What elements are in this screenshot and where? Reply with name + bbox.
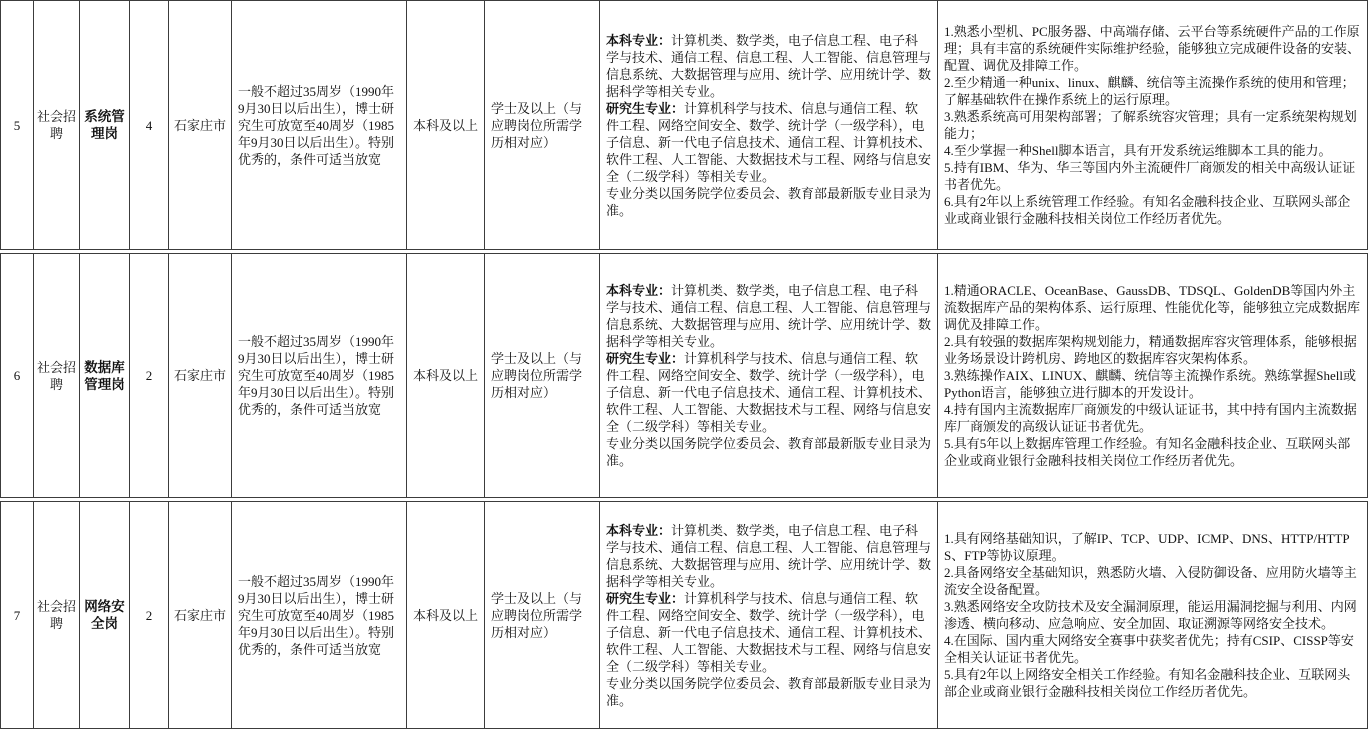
cell-position: 数据库管理岗 bbox=[79, 254, 129, 497]
location-label: 石家庄市 bbox=[174, 607, 226, 624]
cell-category: 社会招聘 bbox=[33, 1, 79, 249]
requirement-item: 5.具有5年以上数据库管理工作经验。有知名金融科技企业、互联网头部企业或商业银行… bbox=[944, 435, 1361, 469]
cell-seq: 7 bbox=[1, 502, 33, 728]
seq-number: 7 bbox=[14, 607, 21, 624]
requirement-item: 6.具有2年以上系统管理工作经验。有知名金融科技企业、互联网头部企业或商业银行金… bbox=[944, 193, 1361, 227]
seq-number: 5 bbox=[14, 117, 21, 134]
category-label: 社会招聘 bbox=[34, 108, 79, 142]
cell-majors: 本科专业：计算机类、数学类，电子信息工程、电子科学与技术、通信工程、信息工程、人… bbox=[599, 502, 937, 728]
cell-location: 石家庄市 bbox=[168, 1, 231, 249]
cell-count: 4 bbox=[129, 1, 168, 249]
requirement-item: 1.具有网络基础知识，了解IP、TCP、UDP、ICMP、DNS、HTTP/HT… bbox=[944, 530, 1361, 564]
education-label: 本科及以上 bbox=[413, 607, 478, 624]
requirement-item: 5.具有2年以上网络安全相关工作经验。有知名金融科技企业、互联网头部企业或商业银… bbox=[944, 666, 1361, 700]
table-row: 6 社会招聘 数据库管理岗 2 石家庄市 一般不超过35周岁（1990年9月30… bbox=[0, 253, 1368, 498]
cell-seq: 5 bbox=[1, 1, 33, 249]
majors-note: 专业分类以国务院学位委员会、教育部最新版专业目录为准。 bbox=[606, 675, 931, 709]
education-label: 本科及以上 bbox=[413, 367, 478, 384]
cell-requirements: 1.具有网络基础知识，了解IP、TCP、UDP、ICMP、DNS、HTTP/HT… bbox=[937, 502, 1367, 728]
majors-graduate-label: 研究生专业： bbox=[606, 101, 684, 116]
majors-graduate-label: 研究生专业： bbox=[606, 351, 684, 366]
cell-requirements: 1.精通ORACLE、OceanBase、GaussDB、TDSQL、Golde… bbox=[937, 254, 1367, 497]
majors-undergrad-label: 本科专业： bbox=[606, 283, 671, 298]
majors-undergrad-label: 本科专业： bbox=[606, 523, 671, 538]
count-value: 2 bbox=[146, 367, 153, 384]
cell-position: 网络安全岗 bbox=[79, 502, 129, 728]
cell-degree: 学士及以上（与应聘岗位所需学历相对应） bbox=[484, 254, 599, 497]
cell-position: 系统管理岗 bbox=[79, 1, 129, 249]
requirement-item: 5.持有IBM、华为、华三等国内外主流硬件厂商颁发的相关中高级认证证书者优先。 bbox=[944, 159, 1361, 193]
degree-label: 学士及以上（与应聘岗位所需学历相对应） bbox=[491, 350, 593, 401]
table-row: 5 社会招聘 系统管理岗 4 石家庄市 一般不超过35周岁（1990年9月30日… bbox=[0, 0, 1368, 250]
majors-undergrad: 本科专业：计算机类、数学类，电子信息工程、电子科学与技术、通信工程、信息工程、人… bbox=[606, 522, 931, 590]
requirement-item: 1.熟悉小型机、PC服务器、中高端存储、云平台等系统硬件产品的工作原理；具有丰富… bbox=[944, 23, 1361, 74]
cell-education: 本科及以上 bbox=[406, 502, 484, 728]
majors-note: 专业分类以国务院学位委员会、教育部最新版专业目录为准。 bbox=[606, 435, 931, 469]
majors-graduate: 研究生专业：计算机科学与技术、信息与通信工程、软件工程、网络空间安全、数学、统计… bbox=[606, 350, 931, 435]
age-requirement-text: 一般不超过35周岁（1990年9月30日以后出生），博士研究生可放宽至40周岁（… bbox=[238, 573, 400, 658]
category-label: 社会招聘 bbox=[34, 359, 79, 393]
requirement-item: 2.具备网络安全基础知识，熟悉防火墙、入侵防御设备、应用防火墙等主流安全设备配置… bbox=[944, 564, 1361, 598]
majors-undergrad: 本科专业：计算机类、数学类，电子信息工程、电子科学与技术、通信工程、信息工程、人… bbox=[606, 282, 931, 350]
requirement-item: 4.持有国内主流数据库厂商颁发的中级认证证书，其中持有国内主流数据库厂商颁发的高… bbox=[944, 401, 1361, 435]
age-requirement-text: 一般不超过35周岁（1990年9月30日以后出生），博士研究生可放宽至40周岁（… bbox=[238, 83, 400, 168]
majors-graduate-label: 研究生专业： bbox=[606, 591, 684, 606]
cell-count: 2 bbox=[129, 254, 168, 497]
cell-location: 石家庄市 bbox=[168, 254, 231, 497]
recruitment-table: 5 社会招聘 系统管理岗 4 石家庄市 一般不超过35周岁（1990年9月30日… bbox=[0, 0, 1368, 729]
majors-undergrad-label: 本科专业： bbox=[606, 33, 671, 48]
requirement-item: 2.至少精通一种unix、linux、麒麟、统信等主流操作系统的使用和管理；了解… bbox=[944, 74, 1361, 108]
cell-education: 本科及以上 bbox=[406, 1, 484, 249]
majors-graduate: 研究生专业：计算机科学与技术、信息与通信工程、软件工程、网络空间安全、数学、统计… bbox=[606, 590, 931, 675]
majors-graduate: 研究生专业：计算机科学与技术、信息与通信工程、软件工程、网络空间安全、数学、统计… bbox=[606, 100, 931, 185]
cell-seq: 6 bbox=[1, 254, 33, 497]
location-label: 石家庄市 bbox=[174, 117, 226, 134]
category-label: 社会招聘 bbox=[34, 598, 79, 632]
requirement-item: 3.熟练操作AIX、LINUX、麒麟、统信等主流操作系统。熟练掌握Shell或P… bbox=[944, 367, 1361, 401]
requirement-item: 4.在国际、国内重大网络安全赛事中获奖者优先；持有CSIP、CISSP等安全相关… bbox=[944, 632, 1361, 666]
requirement-item: 4.至少掌握一种Shell脚本语言，具有开发系统运维脚本工具的能力。 bbox=[944, 142, 1361, 159]
position-name: 系统管理岗 bbox=[80, 108, 129, 142]
cell-location: 石家庄市 bbox=[168, 502, 231, 728]
position-name: 数据库管理岗 bbox=[80, 359, 129, 393]
age-requirement-text: 一般不超过35周岁（1990年9月30日以后出生），博士研究生可放宽至40周岁（… bbox=[238, 333, 400, 418]
cell-category: 社会招聘 bbox=[33, 254, 79, 497]
cell-age-requirement: 一般不超过35周岁（1990年9月30日以后出生），博士研究生可放宽至40周岁（… bbox=[231, 254, 406, 497]
cell-majors: 本科专业：计算机类、数学类，电子信息工程、电子科学与技术、通信工程、信息工程、人… bbox=[599, 1, 937, 249]
cell-age-requirement: 一般不超过35周岁（1990年9月30日以后出生），博士研究生可放宽至40周岁（… bbox=[231, 1, 406, 249]
majors-note: 专业分类以国务院学位委员会、教育部最新版专业目录为准。 bbox=[606, 185, 931, 219]
education-label: 本科及以上 bbox=[413, 117, 478, 134]
location-label: 石家庄市 bbox=[174, 367, 226, 384]
seq-number: 6 bbox=[14, 367, 21, 384]
requirement-item: 3.熟悉网络安全攻防技术及安全漏洞原理，能运用漏洞挖掘与利用、内网渗透、横向移动… bbox=[944, 598, 1361, 632]
majors-undergrad: 本科专业：计算机类、数学类，电子信息工程、电子科学与技术、通信工程、信息工程、人… bbox=[606, 32, 931, 100]
requirement-item: 1.精通ORACLE、OceanBase、GaussDB、TDSQL、Golde… bbox=[944, 282, 1361, 333]
position-name: 网络安全岗 bbox=[80, 598, 129, 632]
cell-degree: 学士及以上（与应聘岗位所需学历相对应） bbox=[484, 1, 599, 249]
cell-majors: 本科专业：计算机类、数学类，电子信息工程、电子科学与技术、通信工程、信息工程、人… bbox=[599, 254, 937, 497]
cell-count: 2 bbox=[129, 502, 168, 728]
cell-age-requirement: 一般不超过35周岁（1990年9月30日以后出生），博士研究生可放宽至40周岁（… bbox=[231, 502, 406, 728]
count-value: 2 bbox=[146, 607, 153, 624]
cell-category: 社会招聘 bbox=[33, 502, 79, 728]
table-row: 7 社会招聘 网络安全岗 2 石家庄市 一般不超过35周岁（1990年9月30日… bbox=[0, 501, 1368, 729]
cell-education: 本科及以上 bbox=[406, 254, 484, 497]
requirement-item: 3.熟悉系统高可用架构部署；了解系统容灾管理；具有一定系统架构规划能力； bbox=[944, 108, 1361, 142]
degree-label: 学士及以上（与应聘岗位所需学历相对应） bbox=[491, 590, 593, 641]
count-value: 4 bbox=[146, 117, 153, 134]
degree-label: 学士及以上（与应聘岗位所需学历相对应） bbox=[491, 100, 593, 151]
requirement-item: 2.具有较强的数据库架构规划能力，精通数据库容灾管理体系，能够根据业务场景设计跨… bbox=[944, 333, 1361, 367]
cell-requirements: 1.熟悉小型机、PC服务器、中高端存储、云平台等系统硬件产品的工作原理；具有丰富… bbox=[937, 1, 1367, 249]
cell-degree: 学士及以上（与应聘岗位所需学历相对应） bbox=[484, 502, 599, 728]
